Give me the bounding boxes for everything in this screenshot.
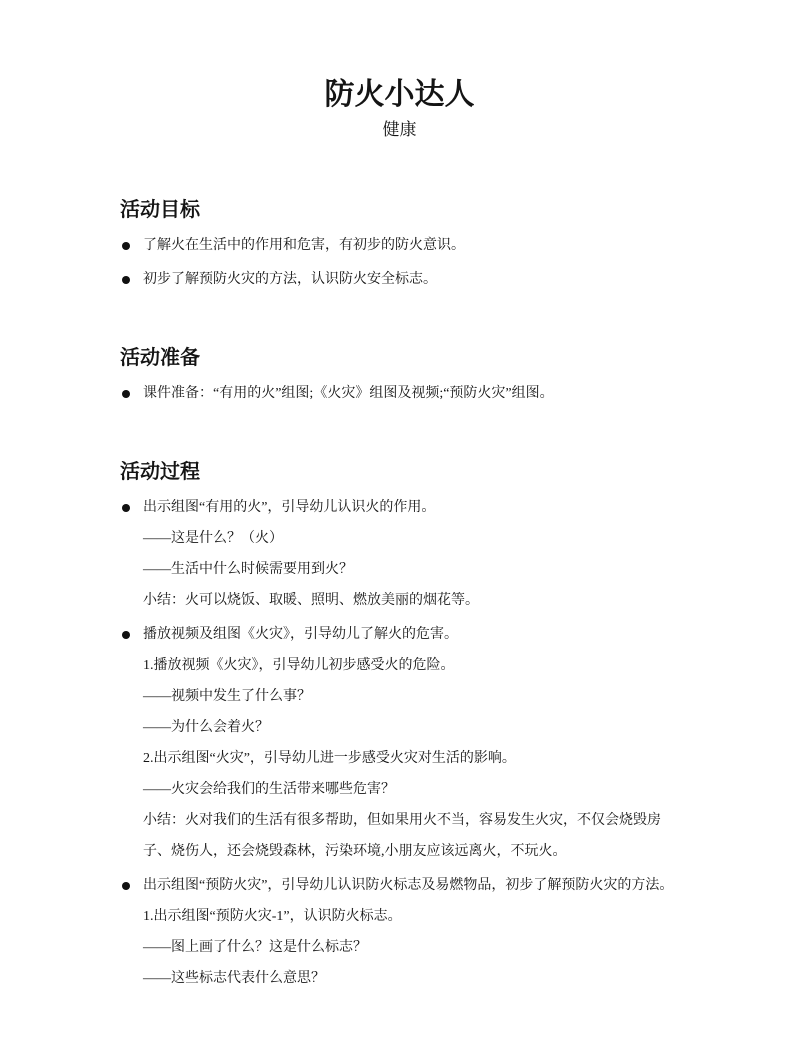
bullet-icon bbox=[122, 242, 130, 250]
sub-item: 1.出示组图“预防火灾-1”，认识防火标志。 bbox=[120, 901, 679, 932]
sub-item-text: ——为什么会着火？ bbox=[143, 720, 269, 735]
sub-item-text: 1.出示组图“预防火灾-1”，认识防火标志。 bbox=[143, 909, 402, 924]
sub-item: ——为什么会着火？ bbox=[120, 712, 679, 743]
bullet-item-text: 出示组图“有用的火”，引导幼儿认识火的作用。 bbox=[143, 500, 435, 515]
section-activity-preparation: 活动准备 课件准备：“有用的火”组图;《火灾》组图及视频;“预防火灾”组图。 bbox=[120, 345, 679, 409]
bullet-item: 播放视频及组图《火灾》，引导幼儿了解火的危害。 bbox=[120, 619, 679, 650]
bullet-icon bbox=[122, 504, 130, 512]
bullet-item-text: 课件准备：“有用的火”组图;《火灾》组图及视频;“预防火灾”组图。 bbox=[143, 386, 554, 401]
bullet-item-text: 出示组图“预防火灾”，引导幼儿认识防火标志及易燃物品，初步了解预防火灾的方法。 bbox=[143, 878, 673, 893]
summary-text: 小结：火可以烧饭、取暖、照明、燃放美丽的烟花等。 bbox=[143, 593, 479, 608]
bullet-item: 课件准备：“有用的火”组图;《火灾》组图及视频;“预防火灾”组图。 bbox=[120, 378, 679, 409]
document-title: 防火小达人 bbox=[120, 80, 679, 110]
sub-item: ——生活中什么时候需要用到火？ bbox=[120, 554, 679, 585]
bullet-item-text: 初步了解预防火灾的方法，认识防火安全标志。 bbox=[143, 272, 437, 287]
section-activity-process: 活动过程 出示组图“有用的火”，引导幼儿认识火的作用。 ——这是什么？（火） —… bbox=[120, 459, 679, 994]
bullet-icon bbox=[122, 276, 130, 284]
bullet-icon bbox=[122, 390, 130, 398]
sub-item: ——图上画了什么？这是什么标志？ bbox=[120, 932, 679, 963]
bullet-item-text: 播放视频及组图《火灾》，引导幼儿了解火的危害。 bbox=[143, 627, 458, 642]
document-subtitle: 健康 bbox=[120, 120, 679, 140]
bullet-item: 初步了解预防火灾的方法，认识防火安全标志。 bbox=[120, 264, 679, 295]
bullet-item: 了解火在生活中的作用和危害，有初步的防火意识。 bbox=[120, 230, 679, 261]
sub-item: 小结：火可以烧饭、取暖、照明、燃放美丽的烟花等。 bbox=[120, 585, 679, 616]
sub-item-text: ——这些标志代表什么意思？ bbox=[143, 971, 325, 986]
sub-item: ——这是什么？（火） bbox=[120, 523, 679, 554]
section-heading-activity-preparation: 活动准备 bbox=[120, 345, 679, 371]
bullet-item-text: 了解火在生活中的作用和危害，有初步的防火意识。 bbox=[143, 238, 465, 253]
sub-item-text: 2.出示组图“火灾”，引导幼儿进一步感受火灾对生活的影响。 bbox=[143, 751, 516, 766]
summary-paragraph: 小结：火对我们的生活有很多帮助，但如果用火不当，容易发生火灾，不仅会烧毁房子、烧… bbox=[143, 813, 661, 859]
bullet-icon bbox=[122, 882, 130, 890]
bullet-item: 出示组图“有用的火”，引导幼儿认识火的作用。 bbox=[120, 492, 679, 523]
sub-item: ——视频中发生了什么事？ bbox=[120, 681, 679, 712]
sub-item-text: ——生活中什么时候需要用到火？ bbox=[143, 562, 353, 577]
section-heading-activity-goals: 活动目标 bbox=[120, 197, 679, 223]
sub-item-text: 1.播放视频《火灾》，引导幼儿初步感受火的危险。 bbox=[143, 658, 455, 673]
document-page: 防火小达人 健康 活动目标 了解火在生活中的作用和危害，有初步的防火意识。 初步… bbox=[0, 0, 793, 1060]
sub-item: ——这些标志代表什么意思？ bbox=[120, 963, 679, 994]
sub-item: ——火灾会给我们的生活带来哪些危害？ bbox=[120, 774, 679, 805]
bullet-icon bbox=[122, 631, 130, 639]
sub-item: 1.播放视频《火灾》，引导幼儿初步感受火的危险。 bbox=[120, 650, 679, 681]
section-activity-goals: 活动目标 了解火在生活中的作用和危害，有初步的防火意识。 初步了解预防火灾的方法… bbox=[120, 197, 679, 295]
sub-item: 小结：火对我们的生活有很多帮助，但如果用火不当，容易发生火灾，不仅会烧毁房子、烧… bbox=[120, 805, 679, 867]
bullet-item: 出示组图“预防火灾”，引导幼儿认识防火标志及易燃物品，初步了解预防火灾的方法。 bbox=[120, 870, 679, 901]
sub-item-text: ——图上画了什么？这是什么标志？ bbox=[143, 940, 367, 955]
section-heading-activity-process: 活动过程 bbox=[120, 459, 679, 485]
sub-item-text: ——火灾会给我们的生活带来哪些危害？ bbox=[143, 782, 395, 797]
sub-item-text: ——这是什么？（火） bbox=[143, 531, 283, 546]
sub-item-text: ——视频中发生了什么事？ bbox=[143, 689, 311, 704]
sub-item: 2.出示组图“火灾”，引导幼儿进一步感受火灾对生活的影响。 bbox=[120, 743, 679, 774]
